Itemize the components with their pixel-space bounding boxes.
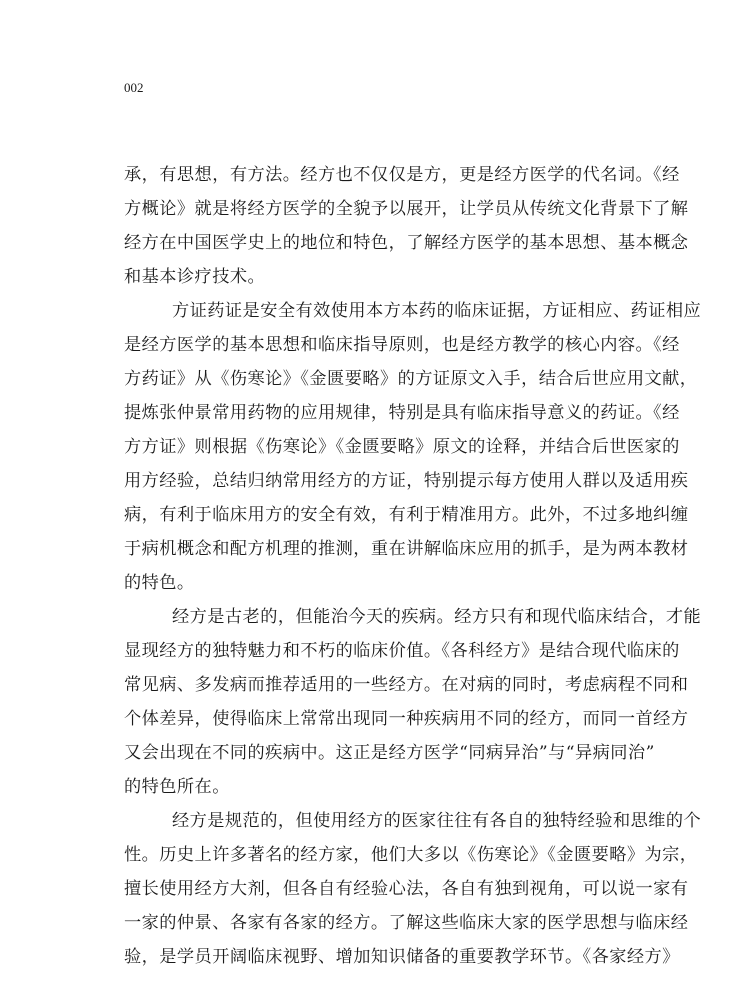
text-line: 经方在中国医学史上的地位和特色，了解经方医学的基本思想、基本概念 [124,226,628,260]
text-line: 提炼张仲景常用药物的应用规律，特别是具有临床指导意义的药证。《经 [124,396,628,430]
text-line: 承，有思想，有方法。经方也不仅仅是方，更是经方医学的代名词。《经 [124,158,628,192]
text-line: 擅长使用经方大剂，但各自有经验心法，各自有独到视角，可以说一家有 [124,872,628,906]
text-line: 常见病、多发病而推荐适用的一些经方。在对病的同时，考虑病程不同和 [124,668,628,702]
text-line: 方证药证是安全有效使用本方本药的临床证据，方证相应、药证相应 [124,294,628,328]
body-text: 承，有思想，有方法。经方也不仅仅是方，更是经方医学的代名词。《经方概论》就是将经… [124,158,628,974]
text-line: 是经方医学的基本思想和临床指导原则，也是经方教学的核心内容。《经 [124,328,628,362]
text-line: 的特色。 [124,566,628,600]
text-line: 经方是规范的，但使用经方的医家往往有各自的独特经验和思维的个 [124,804,628,838]
page-number: 002 [124,80,144,96]
text-line: 又会出现在不同的疾病中。这正是经方医学“同病异治”与“异病同治” [124,736,628,770]
text-line: 一家的仲景、各家有各家的经方。了解这些临床大家的医学思想与临床经 [124,906,628,940]
text-line: 的特色所在。 [124,770,628,804]
text-line: 方概论》就是将经方医学的全貌予以展开，让学员从传统文化背景下了解 [124,192,628,226]
text-line: 于病机概念和配方机理的推测，重在讲解临床应用的抓手，是为两本教材 [124,532,628,566]
text-line: 显现经方的独特魅力和不朽的临床价值。《各科经方》是结合现代临床的 [124,634,628,668]
text-line: 经方是古老的，但能治今天的疾病。经方只有和现代临床结合，才能 [124,600,628,634]
text-line: 病，有利于临床用方的安全有效，有利于精准用方。此外，不过多地纠缠 [124,498,628,532]
text-line: 用方经验，总结归纳常用经方的方证，特别提示每方使用人群以及适用疾 [124,464,628,498]
text-line: 方药证》从《伤寒论》《金匮要略》的方证原文入手，结合后世应用文献， [124,362,628,396]
text-line: 验，是学员开阔临床视野、增加知识储备的重要教学环节。《各家经方》 [124,940,628,974]
text-line: 方方证》则根据《伤寒论》《金匮要略》原文的诠释，并结合后世医家的 [124,430,628,464]
text-line: 和基本诊疗技术。 [124,260,628,294]
text-line: 个体差异，使得临床上常常出现同一种疾病用不同的经方，而同一首经方 [124,702,628,736]
text-line: 性。历史上许多著名的经方家，他们大多以《伤寒论》《金匮要略》为宗， [124,838,628,872]
